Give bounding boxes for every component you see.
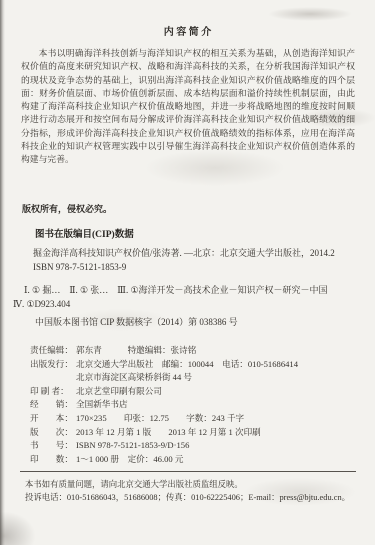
cip-heading: 图书在版编目(CIP)数据 [35,226,134,240]
colophon-row-book-number: 书 号：ISBN 978-7-5121-1853-9/D·156 [30,439,360,453]
cip-data-block: 掘金海洋高科技知识产权价值/张涛著. —北京：北京交通大学出版社，2014.2 … [0,246,375,329]
colophon-row-distributor: 经 销：全国新华书店 [30,398,360,412]
copyright-notice: 版权所有，侵权必究。 [22,202,112,215]
quality-notice-line1: 本书如有质量问题，请向北京交通大学出版社质监组反映。 [25,478,365,491]
colophon-label: 经 销： [30,398,76,412]
colophon-label: 开 本： [30,412,76,426]
colophon-label: 印 数： [30,453,76,467]
colophon-label: 书 号： [30,439,76,453]
colophon-value: 全国新华书店 [76,399,128,409]
colophon-row-edition: 版 次：2013 年 12 月第 1 版 2013 年 12 月第 1 次印刷 [30,426,360,440]
cip-title-line: 掘金海洋高科技知识产权价值/张涛著. —北京：北京交通大学出版社，2014.2 [0,246,375,260]
colophon-value: 郭东青 特邀编辑：张诗铭 [76,345,196,355]
summary-title: 内 容 简 介 [0,23,375,38]
divider [20,471,356,472]
colophon-row-format: 开 本：170×235 印张：12.75 字数：243 千字 [30,412,360,426]
colophon-row-printer: 印 刷 者：北京艺堂印刷有限公司 [30,385,360,399]
book-copyright-page: 内 容 简 介 本书以明确海洋科技创新与海洋知识产权的相互关系为基础，从创造海洋… [0,0,375,545]
summary-paragraph: 本书以明确海洋科技创新与海洋知识产权的相互关系为基础，从创造海洋知识产权价值的高… [21,47,355,167]
cip-classification-line2: Ⅳ. ①D923.404 [0,297,375,311]
colophon-label: 版 次： [30,426,76,440]
colophon-row-print-run: 印 数：1～1 000 册 定价：46.00 元 [30,453,360,467]
colophon-row-publisher: 出版发行：北京交通大学出版社 邮编：100044 电话：010-51686414 [30,358,360,372]
colophon-value: 2013 年 12 月第 1 版 2013 年 12 月第 1 次印刷 [76,427,261,437]
cip-classification-line1: Ⅰ. ① 掘… Ⅱ. ① 张… Ⅲ. ①海洋开发－高技术企业－知识产权－研究－中… [0,283,375,297]
colophon-label: 责任编辑： [30,344,76,358]
cip-isbn-line: ISBN 978-7-5121-1853-9 [0,260,375,274]
colophon-row-address: 北京市海淀区高梁桥斜街 44 号 [30,371,360,385]
cip-registry-line: 中国版本图书馆 CIP 数据核字（2014）第 038386 号 [0,315,375,329]
quality-notice-block: 本书如有质量问题，请向北京交通大学出版社质监组反映。 投诉电话：010-5168… [25,478,365,504]
colophon-row-editor: 责任编辑：郭东青 特邀编辑：张诗铭 [30,344,360,358]
colophon-value: 北京市海淀区高梁桥斜街 44 号 [76,372,192,382]
colophon-value: 170×235 印张：12.75 字数：243 千字 [76,413,244,423]
quality-notice-line2: 投诉电话：010-51686043，51686008；传真：010-622254… [25,491,365,504]
colophon-value: 北京艺堂印刷有限公司 [76,386,162,396]
colophon-value: 北京交通大学出版社 邮编：100044 电话：010-51686414 [76,359,298,369]
colophon-block: 责任编辑：郭东青 特邀编辑：张诗铭 出版发行：北京交通大学出版社 邮编：1000… [30,344,360,466]
colophon-label: 印 刷 者： [30,385,76,399]
colophon-value: ISBN 978-7-5121-1853-9/D·156 [76,440,189,450]
colophon-label: 出版发行： [30,358,76,372]
colophon-value: 1～1 000 册 定价：46.00 元 [76,454,183,464]
